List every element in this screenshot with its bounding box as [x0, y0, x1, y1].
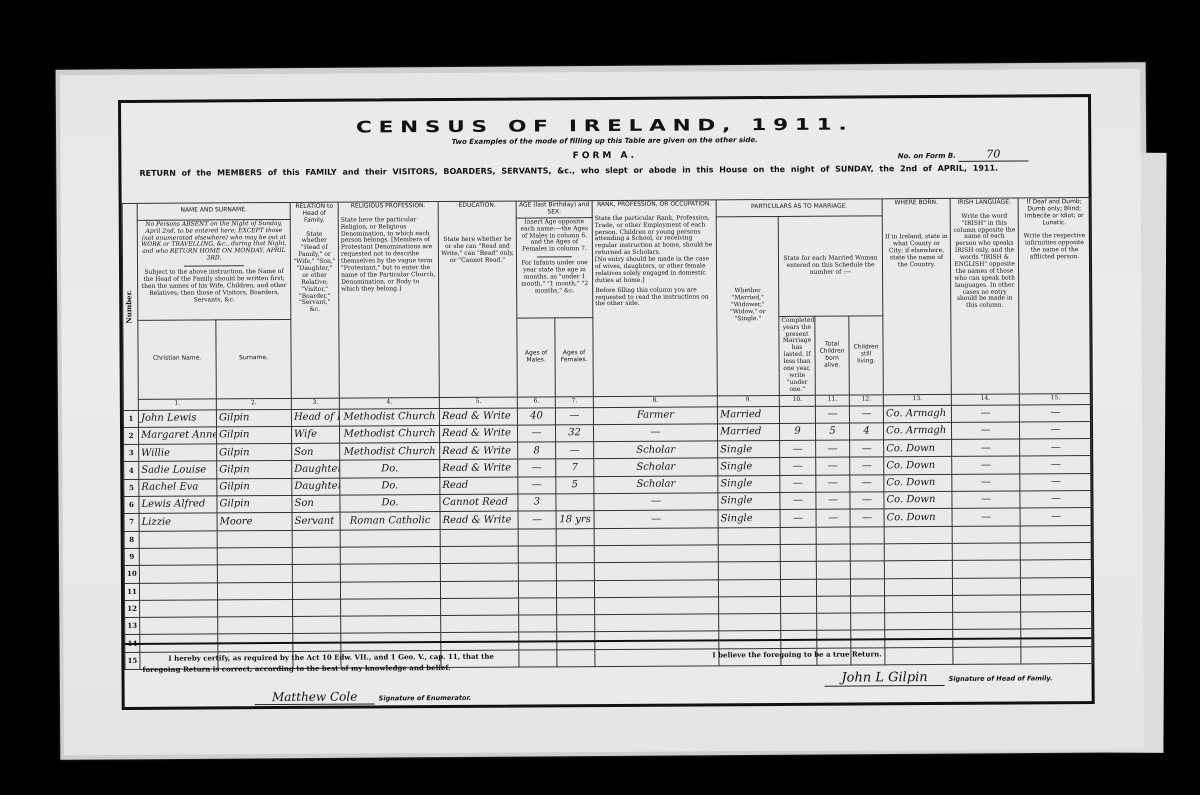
religion-cell: Methodist Church	[340, 443, 440, 461]
years-married-cell: —	[780, 510, 816, 528]
occupation-cell: —	[594, 510, 718, 528]
row-number: 10	[124, 566, 139, 583]
col-number: 3.	[291, 398, 339, 409]
occupation-header: RANK, PROFESSION, OR OCCUPATION. State t…	[592, 200, 717, 396]
occupation-cell	[594, 562, 718, 580]
surname-cell: Moore	[217, 513, 292, 531]
enumerator-signature: Matthew Cole	[255, 689, 375, 705]
age-male-cell	[518, 580, 556, 598]
age-female-cell	[556, 528, 594, 546]
surname-cell	[218, 599, 293, 617]
age-male-cell: 8	[518, 442, 556, 460]
age-male-cell: 40	[517, 407, 555, 425]
surname-cell: Gilpin	[216, 409, 291, 427]
census-table: Number. NAME AND SURNAME. RELATION to He…	[122, 197, 1094, 670]
surname-cell: Gilpin	[217, 496, 292, 514]
col-number: 13.	[883, 394, 951, 405]
infirmities-cell	[1020, 543, 1092, 561]
col-number: 9.	[717, 395, 779, 406]
occupation-cell	[594, 527, 718, 545]
age-female-cell: 5	[556, 476, 594, 494]
relation-cell	[292, 582, 340, 600]
children-living-cell	[851, 613, 885, 631]
married-woman-instructions: State for each Married Woman entered on …	[778, 216, 883, 317]
surname-cell: Gilpin	[217, 461, 292, 479]
education-cell	[440, 581, 518, 599]
christian-name-cell	[139, 531, 217, 549]
children-living-cell	[850, 578, 884, 596]
certification-footer: I hereby certify, as required by the Act…	[124, 637, 1091, 711]
surname-cell: Gilpin	[217, 444, 292, 462]
marriage-header: PARTICULARS AS TO MARRIAGE.	[716, 199, 882, 217]
age-male-cell: —	[518, 459, 556, 477]
row-number: 13	[125, 618, 140, 635]
surname-cell	[217, 547, 292, 565]
irish-language-cell	[952, 543, 1020, 561]
children-born-cell: —	[816, 492, 850, 510]
infirmities-cell: —	[1020, 491, 1092, 509]
infirmities-cell	[1021, 594, 1093, 612]
education-cell: Read & Write	[439, 408, 517, 426]
birthplace-cell	[884, 561, 952, 579]
relation-cell	[293, 599, 341, 617]
relation-header: RELATION to Head of Family.State whether…	[290, 202, 339, 398]
marital-status-cell	[718, 544, 780, 562]
religion-cell: Roman Catholic	[340, 512, 440, 530]
religion-cell	[340, 581, 440, 599]
head-signature: John L Gilpin	[824, 670, 944, 687]
row-number: 5	[124, 479, 139, 496]
years-married-cell	[780, 579, 816, 597]
birthplace-cell: Co. Down	[884, 440, 952, 458]
age-female-cell: 18 yrs	[556, 511, 594, 529]
christian-name-cell	[139, 582, 217, 600]
ages-males-header: Ages of Males.	[517, 318, 555, 397]
religion-cell: Do.	[340, 477, 440, 495]
irish-language-cell	[952, 526, 1020, 544]
relation-cell: Wife	[291, 426, 339, 444]
age-male-cell	[519, 615, 557, 633]
infirmities-cell	[1020, 525, 1092, 543]
religion-cell: Methodist Church	[339, 425, 439, 443]
years-married-cell	[779, 406, 815, 424]
years-married-cell: —	[780, 475, 816, 493]
certify-text: I hereby certify, as required by the Act…	[142, 651, 502, 676]
occupation-cell	[594, 579, 718, 597]
birthplace-cell: Co. Down	[884, 509, 952, 527]
infirmities-cell: —	[1020, 421, 1092, 439]
relation-cell: Son	[292, 443, 340, 461]
col-number: 8.	[593, 395, 717, 407]
marital-status-cell: Single	[718, 458, 780, 476]
row-number: 8	[124, 531, 139, 548]
children-born-cell: —	[816, 440, 850, 458]
row-number: 1	[123, 410, 138, 427]
name-header: NAME AND SURNAME.	[137, 202, 290, 220]
children-living-cell	[851, 596, 885, 614]
row-number: 7	[124, 514, 139, 531]
religion-cell	[341, 616, 441, 634]
infirmities-cell	[1020, 577, 1092, 595]
irish-language-cell	[953, 595, 1021, 613]
years-married-cell	[780, 527, 816, 545]
marital-status-cell	[718, 579, 780, 597]
christian-name-cell	[139, 565, 217, 583]
age-male-cell	[519, 598, 557, 616]
occupation-cell	[594, 545, 718, 563]
relation-cell	[292, 564, 340, 582]
birthplace-cell	[884, 543, 952, 561]
birthplace-cell: Co. Down	[884, 457, 952, 475]
years-married-cell: —	[780, 458, 816, 476]
col-number: 12.	[849, 394, 883, 405]
col-number: 2.	[216, 398, 291, 409]
religion-header: RELIGIOUS PROFESSION.State here the part…	[338, 202, 439, 398]
infirmities-cell	[1020, 560, 1092, 578]
religion-cell: Do.	[340, 495, 440, 513]
infirmities-cell: —	[1020, 439, 1092, 457]
years-married-cell: —	[780, 440, 816, 458]
children-living-cell	[850, 526, 884, 544]
age-instructions: Insert Age opposite each name:—the Ages …	[516, 217, 593, 317]
row-number: 3	[124, 445, 139, 462]
birthplace-cell	[884, 526, 952, 544]
education-cell: Read & Write	[439, 425, 517, 443]
irish-language-cell: —	[952, 474, 1020, 492]
infirmities-cell: —	[1019, 404, 1091, 422]
total-children-header: Total Children born alive.	[815, 316, 849, 395]
marital-status-cell: Married	[718, 423, 780, 441]
birthplace-cell: Co. Down	[884, 491, 952, 509]
age-female-cell	[556, 580, 594, 598]
children-born-cell	[817, 613, 851, 631]
christian-name-cell	[140, 617, 218, 635]
christian-name-cell: Margaret Anne	[138, 427, 216, 445]
surname-cell	[217, 530, 292, 548]
christian-name-cell: Lizzie	[139, 513, 217, 531]
col-number: 4.	[339, 397, 439, 409]
ages-females-header: Ages of Females.	[555, 317, 593, 396]
infirmities-cell: —	[1020, 456, 1092, 474]
head-signature-label: Signature of Head of Family.	[949, 674, 1053, 683]
relation-cell: Son	[292, 495, 340, 513]
occupation-cell: Scholar	[594, 476, 718, 494]
relation-cell: Daughter	[292, 461, 340, 479]
occupation-cell: —	[594, 493, 718, 511]
head-signature-block: John L GilpinSignature of Head of Family…	[824, 665, 1052, 686]
marital-status-cell	[719, 596, 781, 614]
children-born-cell: —	[816, 509, 850, 527]
irish-language-cell: —	[952, 508, 1020, 526]
age-male-cell	[518, 528, 556, 546]
years-married-cell	[780, 544, 816, 562]
religion-cell	[340, 529, 440, 547]
irish-language-cell: —	[952, 422, 1020, 440]
age-female-cell	[556, 546, 594, 564]
surname-cell: Gilpin	[216, 426, 291, 444]
occupation-cell: Scholar	[594, 458, 718, 476]
children-born-cell	[817, 596, 851, 614]
age-header: AGE (last Birthday) and SEX.	[516, 201, 592, 218]
marital-status-cell	[719, 614, 781, 632]
religion-cell: Methodist Church	[339, 408, 439, 426]
birthplace-cell: Co. Armagh	[884, 422, 952, 440]
education-cell: Read	[440, 477, 518, 495]
birthplace-cell	[885, 595, 953, 613]
age-female-cell: 7	[556, 459, 594, 477]
age-female-cell: —	[556, 442, 594, 460]
children-living-cell: —	[850, 492, 884, 510]
infirmities-cell: —	[1020, 508, 1092, 526]
marital-status-cell: Single	[718, 493, 780, 511]
children-living-cell: —	[850, 475, 884, 493]
age-male-cell: —	[518, 511, 556, 529]
christian-name-header: Christian Name.	[138, 320, 216, 399]
education-header: EDUCATION.State here whether he or she c…	[438, 201, 517, 397]
birthplace-cell: Co. Armagh	[883, 405, 951, 423]
age-male-cell: —	[517, 425, 555, 443]
christian-name-cell: Rachel Eva	[139, 479, 217, 497]
children-living-cell: —	[849, 405, 883, 423]
education-cell	[440, 563, 518, 581]
education-cell: Read & Write	[440, 460, 518, 478]
marital-status-cell: Single	[718, 475, 780, 493]
religion-cell: Do.	[340, 460, 440, 478]
surname-cell	[217, 565, 292, 583]
irish-language-header: IRISH LANGUAGE.Write the word "IRISH" in…	[950, 198, 1019, 394]
relation-cell	[292, 530, 340, 548]
years-married-cell	[781, 613, 817, 631]
religion-cell	[340, 546, 440, 564]
occupation-cell: Scholar	[594, 441, 718, 459]
age-female-cell	[557, 615, 595, 633]
children-living-cell	[850, 544, 884, 562]
birthplace-cell	[885, 613, 953, 631]
marital-status-cell: Married	[717, 406, 779, 424]
surname-cell	[217, 582, 292, 600]
children-born-cell	[816, 527, 850, 545]
marital-status-cell: Single	[718, 510, 780, 528]
number-header: Number.	[122, 203, 138, 410]
occupation-cell	[595, 597, 719, 615]
relation-cell: Head of Family	[291, 409, 339, 427]
col-number: 6.	[517, 396, 555, 407]
irish-language-cell: —	[952, 439, 1020, 457]
children-born-cell	[816, 579, 850, 597]
name-instructions: No Persons ABSENT on the Night of Sunday…	[137, 219, 291, 320]
christian-name-cell	[139, 548, 217, 566]
years-married-cell: —	[780, 492, 816, 510]
col-number: 14.	[951, 394, 1019, 405]
children-living-cell	[850, 561, 884, 579]
row-number: 4	[124, 462, 139, 479]
age-female-cell: 32	[555, 424, 593, 442]
surname-header: Surname.	[216, 319, 291, 398]
irish-language-cell	[952, 560, 1020, 578]
infirmities-cell	[1021, 612, 1093, 630]
years-married-cell	[781, 596, 817, 614]
age-female-cell	[556, 563, 594, 581]
education-cell: Cannot Read	[440, 494, 518, 512]
children-living-header: Children still living.	[849, 316, 884, 395]
row-number: 2	[123, 427, 138, 444]
census-form: CENSUS OF IRELAND, 1911. Two Examples of…	[118, 94, 1095, 710]
row-number: 6	[124, 496, 139, 513]
children-born-cell	[816, 561, 850, 579]
row-number: 9	[124, 548, 139, 565]
surname-cell	[218, 617, 293, 635]
enumerator-signature-label: Signature of Enumerator.	[379, 694, 472, 703]
relation-cell: Servant	[292, 513, 340, 531]
children-born-cell: —	[816, 458, 850, 476]
birthplace-cell: Co. Down	[884, 474, 952, 492]
christian-name-cell: Sadie Louise	[139, 461, 217, 479]
children-born-cell: —	[815, 406, 849, 424]
children-born-cell: —	[816, 475, 850, 493]
education-cell: Read & Write	[440, 511, 518, 529]
years-married-header: Completed years the present Marriage has…	[779, 316, 815, 395]
col-number: 15.	[1019, 393, 1091, 404]
children-living-cell: —	[850, 440, 884, 458]
irish-language-cell: —	[952, 456, 1020, 474]
where-born-header: WHERE BORN.If in Ireland, state in what …	[882, 198, 951, 394]
religion-cell	[341, 598, 441, 616]
irish-language-cell: —	[951, 405, 1019, 423]
infirmities-cell: —	[1020, 473, 1092, 491]
relation-cell	[292, 547, 340, 565]
relation-cell	[293, 616, 341, 634]
occupation-cell	[595, 614, 719, 632]
col-number: 10.	[779, 395, 815, 406]
christian-name-cell: Willie	[139, 444, 217, 462]
marital-status-cell: Single	[718, 441, 780, 459]
birthplace-cell	[884, 578, 952, 596]
children-living-cell: 4	[850, 423, 884, 441]
col-number: 11.	[815, 395, 849, 406]
education-cell	[440, 546, 518, 564]
education-cell	[440, 529, 518, 547]
marital-status-instructions: Whether "Married," "Widower," "Widow," o…	[716, 216, 779, 395]
form-header: CENSUS OF IRELAND, 1911. Two Examples of…	[121, 97, 1089, 205]
return-line: RETURN of the MEMBERS of this FAMILY and…	[139, 163, 1078, 178]
children-born-cell: 5	[816, 423, 850, 441]
years-married-cell	[780, 561, 816, 579]
age-male-cell	[518, 546, 556, 564]
religion-cell	[340, 564, 440, 582]
surname-cell: Gilpin	[217, 478, 292, 496]
believe-text: I believe the foregoing to be a true Ret…	[712, 649, 881, 659]
marital-status-cell	[718, 562, 780, 580]
education-cell	[441, 615, 519, 633]
col-number: 1.	[138, 398, 216, 409]
col-number: 5.	[439, 397, 517, 408]
infirmities-header: If Deaf and Dumb; Dumb only; Blind; Imbe…	[1018, 198, 1091, 394]
christian-name-cell: John Lewis	[138, 409, 216, 427]
age-female-cell: —	[555, 407, 593, 425]
irish-language-cell	[953, 612, 1021, 630]
age-female-cell	[556, 494, 594, 512]
occupation-cell: Farmer	[593, 406, 717, 424]
irish-language-cell	[952, 578, 1020, 596]
education-cell: Read & Write	[440, 442, 518, 460]
age-male-cell	[518, 563, 556, 581]
christian-name-cell	[140, 600, 218, 618]
years-married-cell: 9	[780, 423, 816, 441]
row-number: 12	[125, 600, 140, 617]
marital-status-cell	[718, 527, 780, 545]
col-number: 7.	[555, 396, 593, 407]
christian-name-cell: Lewis Alfred	[139, 496, 217, 514]
age-male-cell: —	[518, 477, 556, 495]
children-living-cell: —	[850, 509, 884, 527]
relation-cell: Daughter	[292, 478, 340, 496]
education-cell	[441, 598, 519, 616]
irish-language-cell: —	[952, 491, 1020, 509]
children-living-cell: —	[850, 457, 884, 475]
children-born-cell	[816, 544, 850, 562]
age-female-cell	[557, 597, 595, 615]
enumerator-signature-block: Matthew ColeSignature of Enumerator.	[255, 689, 472, 705]
age-male-cell: 3	[518, 494, 556, 512]
occupation-cell: —	[594, 424, 718, 442]
row-number: 11	[124, 583, 139, 600]
